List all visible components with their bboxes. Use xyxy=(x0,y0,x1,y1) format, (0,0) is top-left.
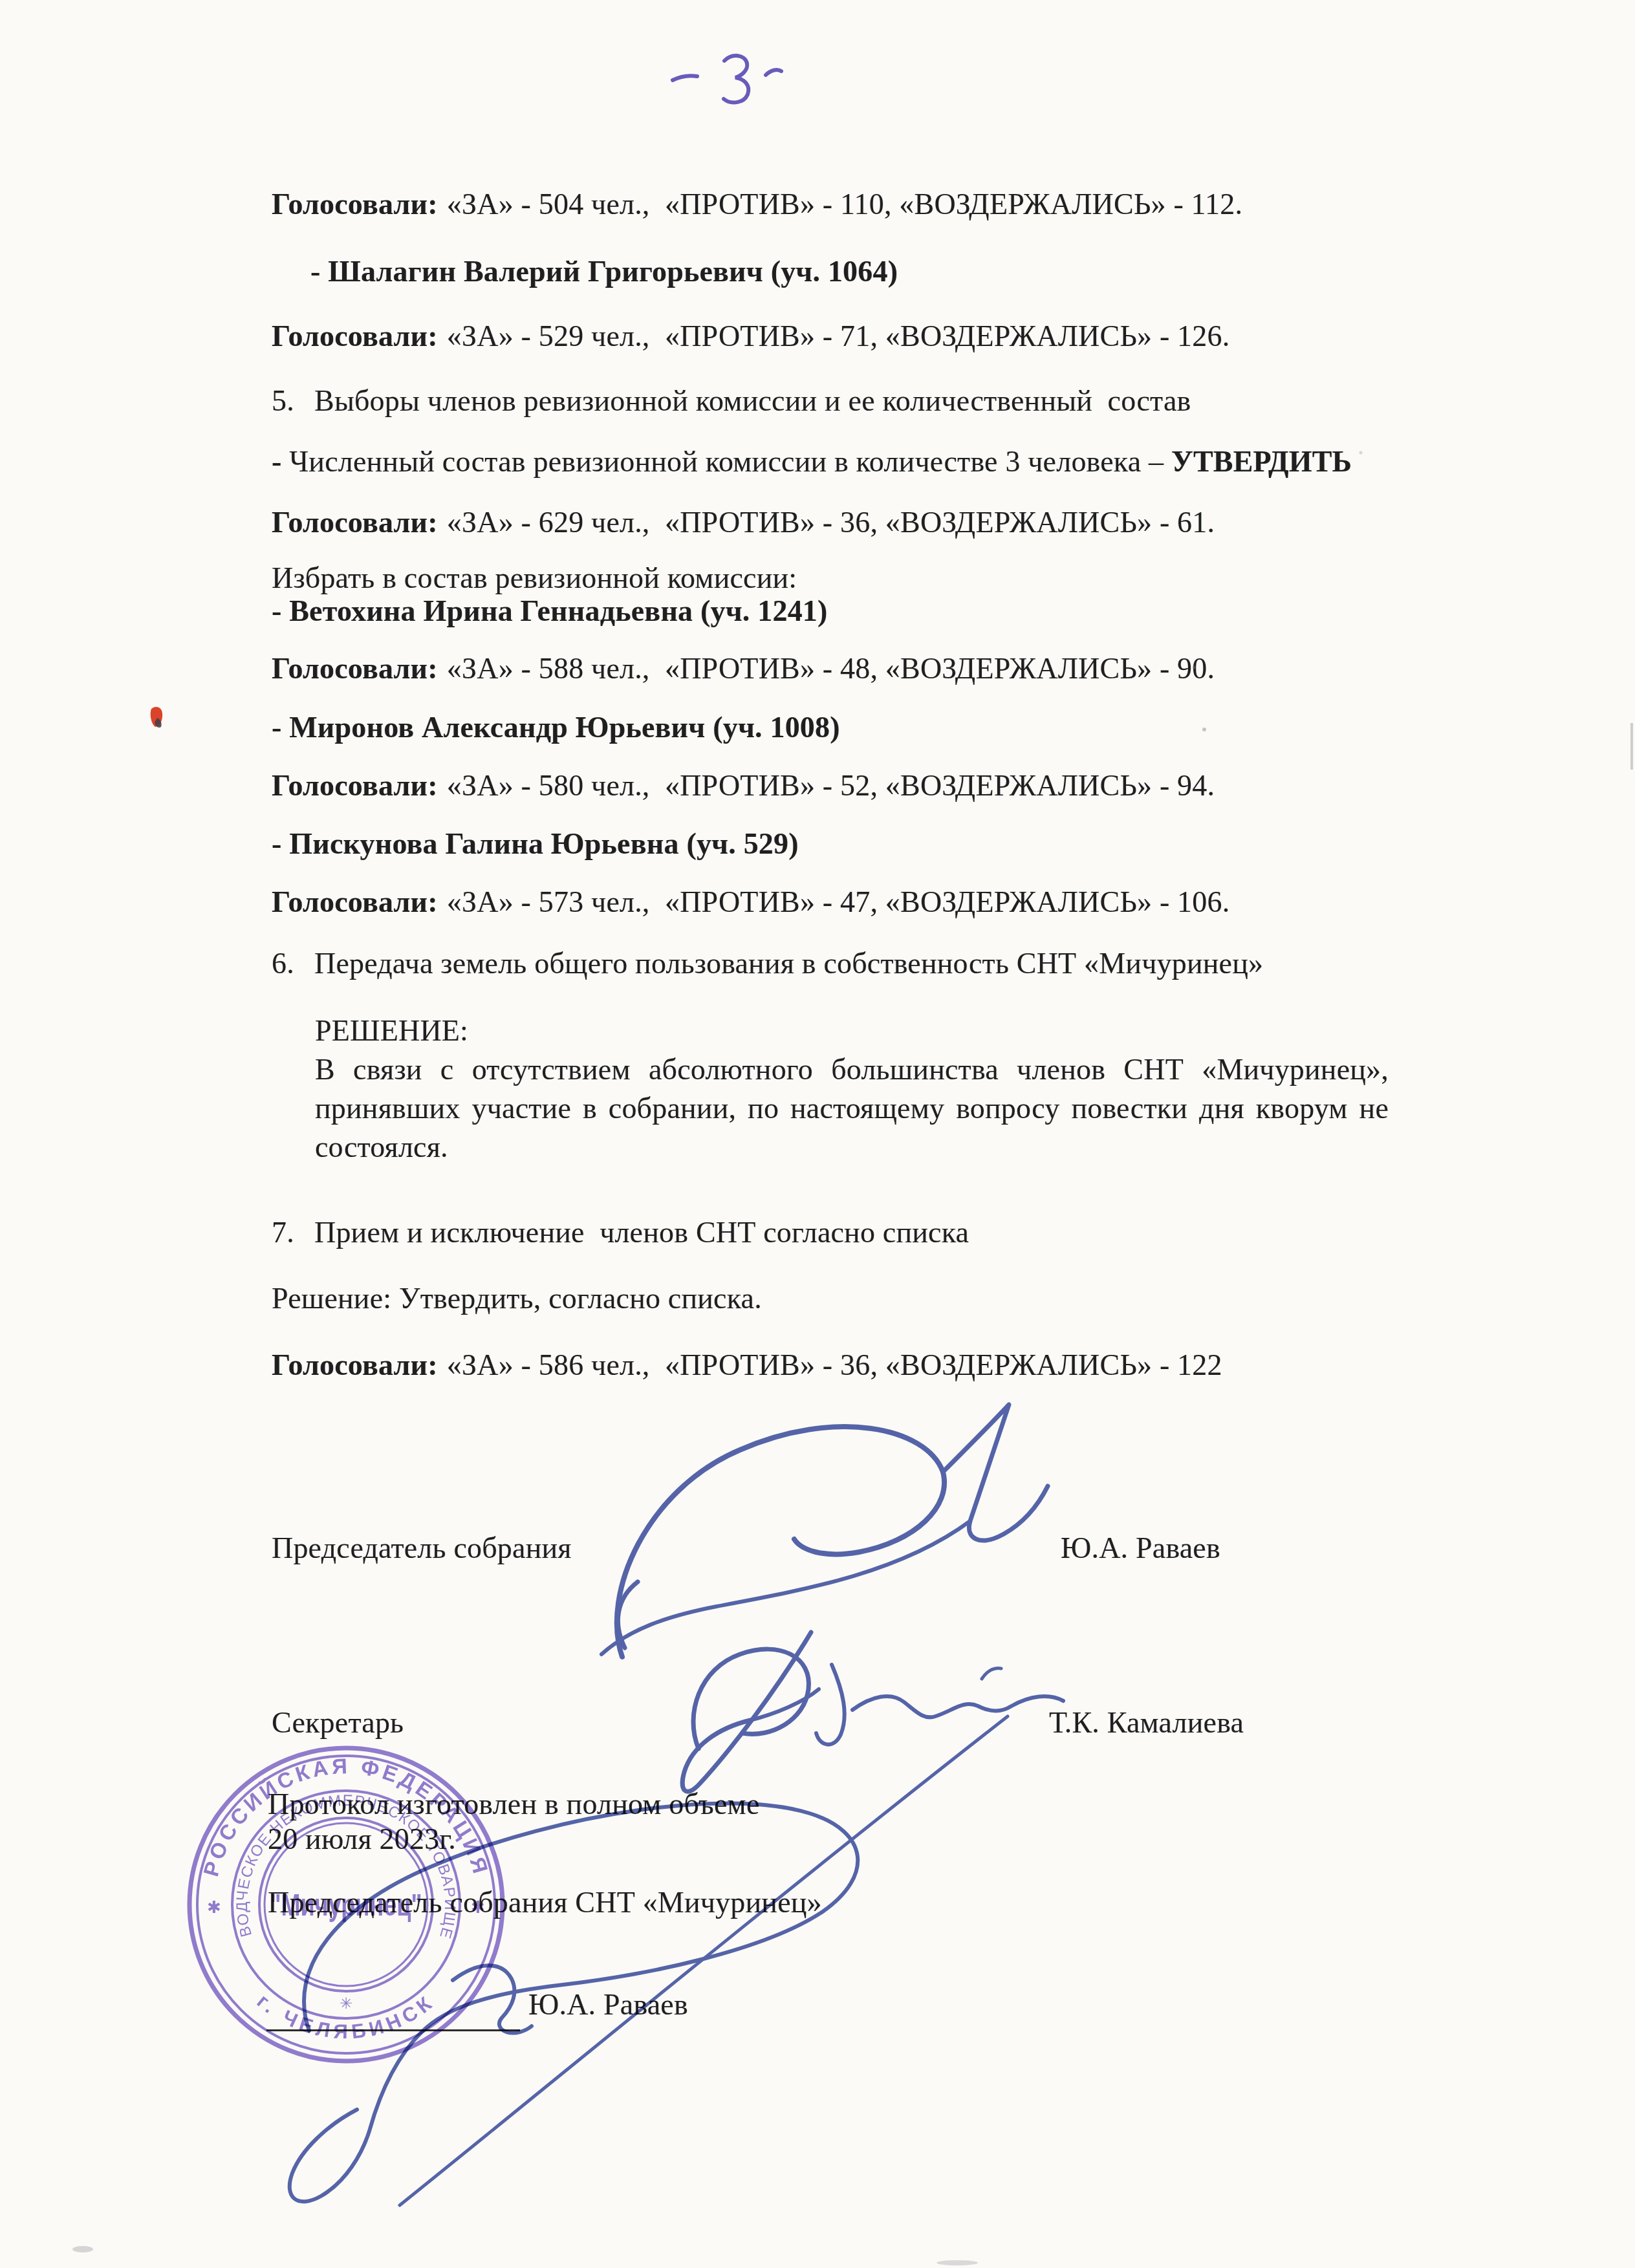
dash: - xyxy=(272,445,282,478)
item-number: 5. xyxy=(272,383,314,419)
stamp-star-bottom-icon: ✳ xyxy=(340,1995,352,2013)
item-5-decision-line: - Численный состав ревизионной комиссии … xyxy=(272,444,1352,480)
vote-result-line: Голосовали:«ЗА» - 629 чел., «ПРОТИВ» - 3… xyxy=(272,504,1215,541)
item-title: Выборы членов ревизионной комиссии и ее … xyxy=(314,384,1191,417)
dash-left-stroke xyxy=(673,76,697,80)
vote-label: Голосовали: xyxy=(272,885,438,918)
candidate-line-vetokhina: - Ветохина Ирина Геннадьевна (уч. 1241) xyxy=(272,593,828,629)
decision-paragraph-line: В связи с отсутствием абсолютного больши… xyxy=(315,1052,1389,1088)
vote-label: Голосовали: xyxy=(272,769,438,802)
scanned-protocol-page: Голосовали:«ЗА» - 504 чел., «ПРОТИВ» - 1… xyxy=(0,0,1635,2268)
decision-text: Численный состав ревизионной комиссии в … xyxy=(282,445,1171,478)
item-title: Прием и исключение членов СНТ согласно с… xyxy=(314,1216,969,1249)
vote-label: Голосовали: xyxy=(272,506,438,539)
decision-paragraph-line: принявших участие в собрании, по настоящ… xyxy=(315,1090,1389,1127)
vote-values: «ЗА» - 573 чел., «ПРОТИВ» - 47, «ВОЗДЕРЖ… xyxy=(447,885,1230,918)
vote-values: «ЗА» - 588 чел., «ПРОТИВ» - 48, «ВОЗДЕРЖ… xyxy=(447,652,1215,685)
secretary-signature xyxy=(682,1632,1063,1791)
vote-result-line: Голосовали:«ЗА» - 529 чел., «ПРОТИВ» - 7… xyxy=(272,318,1229,354)
vote-label: Голосовали: xyxy=(272,188,438,221)
handwritten-page-number xyxy=(660,43,802,120)
vote-result-line: Голосовали:«ЗА» - 586 чел., «ПРОТИВ» - 3… xyxy=(272,1347,1222,1383)
vote-values: «ЗА» - 529 чел., «ПРОТИВ» - 71, «ВОЗДЕРЖ… xyxy=(447,319,1230,352)
stamp-star-right-icon: ✱ xyxy=(471,1897,485,1917)
vote-result-line: Голосовали:«ЗА» - 504 чел., «ПРОТИВ» - 1… xyxy=(272,186,1242,222)
agenda-item-5: 5.Выборы членов ревизионной комиссии и е… xyxy=(272,383,1191,419)
vote-values: «ЗА» - 504 чел., «ПРОТИВ» - 110, «ВОЗДЕР… xyxy=(447,188,1242,221)
item-title: Передача земель общего пользования в соб… xyxy=(314,947,1263,980)
vote-label: Голосовали: xyxy=(272,319,438,352)
vote-result-line: Голосовали:«ЗА» - 580 чел., «ПРОТИВ» - 5… xyxy=(272,768,1215,804)
candidate-line-shalagin: - Шалагин Валерий Григорьевич (уч. 1064) xyxy=(310,254,898,290)
footer-chairman-name: Ю.А. Раваев xyxy=(528,1987,688,2023)
chairman-name: Ю.А. Раваев xyxy=(1061,1530,1220,1566)
secretary-name: Т.К. Камалиева xyxy=(1049,1705,1244,1741)
stamp-center-name: "Мичуринец" xyxy=(270,1888,422,1923)
commission-intro-line: Избрать в состав ревизионной комиссии: xyxy=(272,560,797,596)
digit-3-stroke xyxy=(724,56,748,102)
vote-values: «ЗА» - 629 чел., «ПРОТИВ» - 36, «ВОЗДЕРЖ… xyxy=(447,506,1215,539)
vote-label: Голосовали: xyxy=(272,652,438,685)
vote-result-line: Голосовали:«ЗА» - 573 чел., «ПРОТИВ» - 4… xyxy=(272,884,1229,920)
chairman-signature xyxy=(601,1405,1048,1657)
item-number: 7. xyxy=(272,1215,314,1251)
item-number: 6. xyxy=(272,945,314,982)
candidate-line-piskunova: - Пискунова Галина Юрьевна (уч. 529) xyxy=(272,826,799,862)
agenda-item-7: 7.Прием и исключение членов СНТ согласно… xyxy=(272,1215,969,1251)
chairman-role-label: Председатель собрания xyxy=(272,1530,572,1566)
red-ink-mark xyxy=(151,707,162,728)
agenda-item-6: 6.Передача земель общего пользования в с… xyxy=(272,945,1263,982)
candidate-line-mironov: - Миронов Александр Юрьевич (уч. 1008) xyxy=(272,709,840,746)
vote-values: «ЗА» - 586 чел., «ПРОТИВ» - 36, «ВОЗДЕРЖ… xyxy=(447,1348,1222,1381)
decision-paragraph-line: состоялся. xyxy=(315,1129,1389,1165)
dash-right-stroke xyxy=(766,70,781,75)
item-7-decision-line: Решение: Утвердить, согласно списка. xyxy=(272,1280,762,1317)
vote-result-line: Голосовали:«ЗА» - 588 чел., «ПРОТИВ» - 4… xyxy=(272,651,1215,687)
stamp-star-left-icon: ✱ xyxy=(207,1897,221,1917)
vote-values: «ЗА» - 580 чел., «ПРОТИВ» - 52, «ВОЗДЕРЖ… xyxy=(447,769,1215,802)
decision-header: РЕШЕНИЕ: xyxy=(315,1013,468,1049)
decision-approve: УТВЕРДИТЬ xyxy=(1171,445,1352,478)
organization-stamp: РОССИЙСКАЯ ФЕДЕРАЦИЯ г. ЧЕЛЯБИНСК САДОВО… xyxy=(168,1727,524,2089)
vote-label: Голосовали: xyxy=(272,1348,438,1381)
